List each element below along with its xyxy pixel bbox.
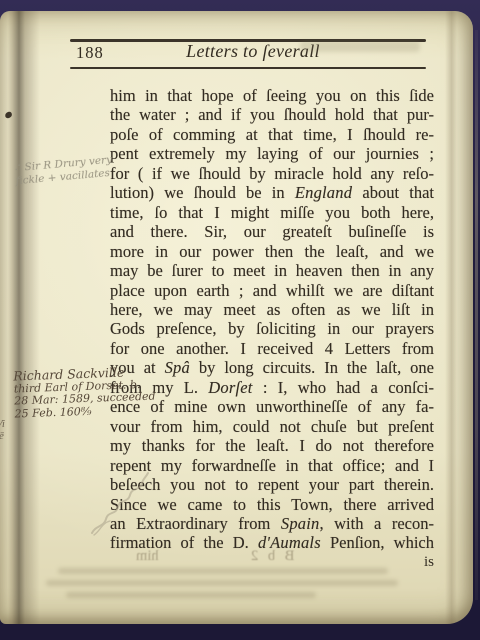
- text-line: Gods preſence, by ſoliciting in our pray…: [110, 319, 434, 338]
- text-line: him in that hope of ſeeing you on this ſ…: [110, 86, 434, 105]
- text-line: Since we came to this Town, there arrive…: [110, 495, 434, 514]
- text-line: the water ; and if you ſhould hold that …: [110, 105, 434, 124]
- text-line: repent my forwardneſſe in that office; a…: [110, 456, 434, 475]
- text-line: an Extraordinary from Spain, with a reco…: [110, 514, 434, 533]
- show-through-smudge: [300, 41, 420, 52]
- text-line: my thanks for the leaſt. I do not theref…: [110, 436, 434, 455]
- pencil-margin-note: ∴ Sir R Drury veryfickle + vacillates: [14, 154, 114, 188]
- text-line: ence of mine own unworthineſſe of any fa…: [110, 397, 434, 416]
- page-number: 188: [76, 43, 104, 63]
- fore-edge: [475, 30, 478, 600]
- show-through-catchword: him: [136, 548, 159, 565]
- text-line: you at Spâ by long circuits. In the laſt…: [110, 358, 434, 377]
- text-line: from my L. Dorſet : I, who had a conſci-: [110, 378, 434, 397]
- ink-mark: [4, 111, 13, 119]
- edge-marks: Vilē: [0, 418, 5, 442]
- book-photo: 188 Letters to ſeverall him in that hope…: [0, 0, 480, 640]
- show-through-signature: B b 2: [248, 548, 294, 565]
- text-line: time, ſo that I might miſſe you both her…: [110, 203, 434, 222]
- note-line: lē: [0, 430, 5, 442]
- header-rule-bottom: [70, 67, 426, 69]
- text-line: beſeech you not to repent your part ther…: [110, 475, 434, 494]
- ink-margin-note: Richard Sackvillethird Earl of Dorset. b…: [13, 366, 156, 421]
- show-through-smudge: [46, 580, 398, 586]
- text-line: vour from him, could not chuſe but preſe…: [110, 417, 434, 436]
- text-line: place upon earth ; and whilſt we are diſ…: [110, 281, 434, 300]
- text-line: may be ſurer to meet in heaven then in a…: [110, 261, 434, 280]
- book-page: 188 Letters to ſeverall him in that hope…: [0, 11, 473, 624]
- gutter-shadow: [8, 11, 42, 624]
- text-line: more in our power then the leaſt, and we: [110, 242, 434, 261]
- text-line: pent extremely my laying of our journies…: [110, 144, 434, 163]
- pencil-scribble: [84, 461, 154, 541]
- page-crease: [445, 11, 457, 624]
- text-line: here, we may meet as often as we liſt in: [110, 300, 434, 319]
- show-through-smudge: [66, 592, 316, 598]
- show-through-smudge: [58, 568, 388, 574]
- text-block: him in that hope of ſeeing you on this ſ…: [110, 86, 434, 553]
- note-line: Vi: [0, 418, 5, 430]
- text-line: lution) we ſhould be in England about th…: [110, 183, 434, 202]
- text-line: for one another. I received 4 Letters fr…: [110, 339, 434, 358]
- text-line: for ( if we ſhould by miracle hold any r…: [110, 164, 434, 183]
- text-line: and there. Sir, our greateſt buſineſſe i…: [110, 222, 434, 241]
- text-line: poſe of comming at that time, I ſhould r…: [110, 125, 434, 144]
